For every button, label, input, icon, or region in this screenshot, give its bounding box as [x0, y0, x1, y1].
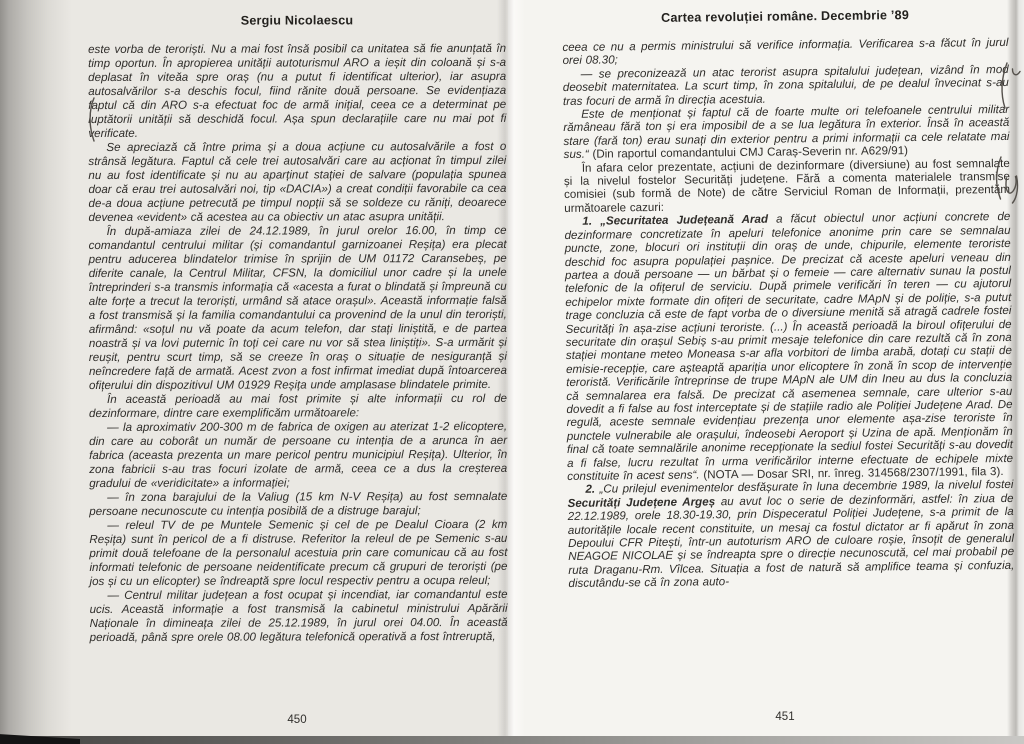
left-running-header: Sergiu Nicolaescu [88, 13, 506, 28]
text-run: — la aproximativ 200-300 m de fabrica de… [89, 420, 507, 490]
paragraph: — se preconizează un atac terorist asupr… [563, 63, 1009, 108]
text-run: În afara celor prezentate, acțiuni de de… [564, 157, 1010, 215]
text-run: este vorba de teroriști. Nu a mai fost î… [88, 42, 506, 140]
text-run: — în zona barajului de la Valiug (15 km … [89, 490, 507, 518]
paragraph: 2. „Cu prilejul evenimentelor desfășurat… [567, 478, 1014, 590]
paragraph: — releul TV de pe Muntele Semenic și cel… [89, 518, 507, 589]
right-margin-stroke-u [1013, 69, 1021, 75]
paragraph: — la aproximativ 200-300 m de fabrica de… [89, 420, 507, 491]
book-edge-shadow-left [0, 0, 72, 744]
scanned-book-spread: Sergiu Nicolaescu este vorba de terorișt… [0, 0, 1024, 744]
text-run: — se preconizează un atac terorist asupr… [563, 63, 1009, 108]
paragraph: este vorba de teroriști. Nu a mai fost î… [88, 42, 506, 141]
paragraph: — în zona barajului de la Valiug (15 km … [89, 490, 507, 519]
paragraph: — Centrul militar județean a fost ocupat… [90, 588, 508, 645]
text-run: — Centrul militar județean a fost ocupat… [90, 588, 508, 644]
right-running-header: Cartea revoluției române. Decembrie ’89 [562, 7, 1008, 26]
paragraph: 1. „Securitatea Județeană Arad a făcut o… [564, 210, 1013, 483]
text-run: a făcut obiectul unor acțiuni concrete d… [564, 210, 1013, 483]
scan-corner-shadow [0, 733, 80, 744]
right-margin-scribble-tail [1013, 176, 1018, 203]
paragraph: Este de menționat și faptul că de foarte… [563, 103, 1010, 162]
left-page-body: este vorba de teroriști. Nu a mai fost î… [88, 42, 508, 645]
right-page-number: 451 [562, 711, 1008, 723]
paragraph: Se apreciază că între prima și a doua ac… [88, 140, 506, 225]
left-page-number: 450 [88, 714, 506, 726]
paragraph: În această perioadă au mai fost primite … [89, 392, 507, 421]
text-run: — releul TV de pe Muntele Semenic și cel… [89, 518, 507, 588]
text-run: Se apreciază că între prima și a doua ac… [88, 140, 506, 224]
right-page-body: ceea ce nu a permis ministrului să verif… [562, 36, 1014, 591]
left-page: Sergiu Nicolaescu este vorba de terorișt… [88, 13, 508, 645]
paragraph: În afara celor prezentate, acțiuni de de… [564, 157, 1011, 216]
text-run: Securități Județene Argeș [567, 495, 715, 510]
right-page: Cartea revoluției române. Decembrie ’89 … [562, 7, 1015, 591]
paragraph: În după-amiaza zilei de 24.12.1989, în j… [89, 224, 507, 393]
scan-bottom-shadow [0, 736, 1024, 744]
text-run: În această perioadă au mai fost primite … [89, 392, 507, 420]
text-run: În după-amiaza zilei de 24.12.1989, în j… [89, 224, 507, 392]
text-run: 2. [585, 483, 599, 496]
